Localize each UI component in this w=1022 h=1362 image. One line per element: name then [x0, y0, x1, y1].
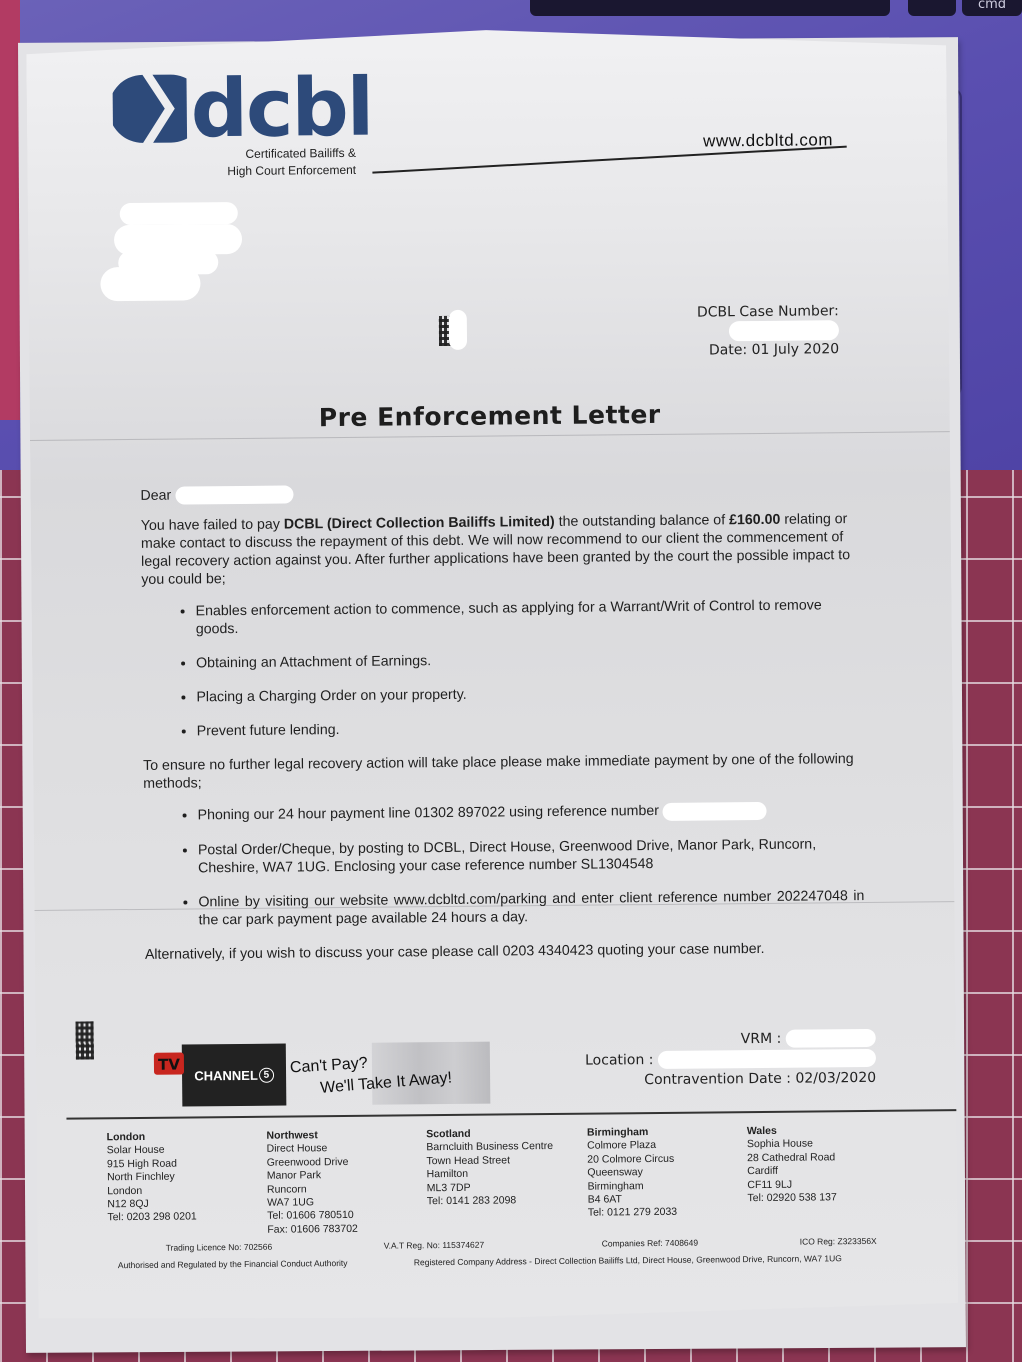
- date-label: Date:: [709, 342, 747, 358]
- vrm-redacted: [786, 1029, 876, 1048]
- case-number-redacted: [729, 320, 839, 341]
- office-fax: Fax: 01606 783702: [267, 1222, 427, 1237]
- intro-text: You have failed to pay: [141, 517, 284, 534]
- case-number-row: DCBL Case Number:: [589, 302, 839, 342]
- payment-method-text: Phoning our 24 hour payment line 01302 8…: [197, 803, 659, 823]
- office-wales: Wales Sophia House 28 Cathedral Road Car…: [747, 1124, 908, 1233]
- trading-licence: Trading Licence No: 702566: [166, 1242, 273, 1253]
- channel5-banner: CHANNEL 5 TV Can't Pay? We'll Take It Aw…: [154, 1042, 495, 1107]
- barcode-datamatrix-footer: [76, 1021, 94, 1059]
- legal-footer: Trading Licence No: 702566 V.A.T Reg. No…: [108, 1236, 908, 1278]
- letter-body: Dear You have failed to pay DCBL (Direct…: [140, 480, 865, 977]
- location-redacted: [658, 1049, 876, 1069]
- company-name: DCBL (Direct Collection Bailiffs Limited…: [284, 514, 555, 533]
- office-phone: Tel: 0141 283 2098: [427, 1194, 588, 1209]
- keyboard-key: [908, 0, 956, 16]
- office-phone: Tel: 0203 298 0201: [107, 1210, 267, 1225]
- payment-method-phone: Phoning our 24 hour payment line 01302 8…: [197, 800, 863, 825]
- alternative-contact: Alternatively, if you wish to discuss yo…: [145, 938, 865, 963]
- keyboard-spacebar: [530, 0, 890, 16]
- tagline-line-2: High Court Enforcement: [227, 162, 356, 180]
- letter-page: dcbl Certificated Bailiffs & High Court …: [26, 19, 959, 1338]
- ico-reg: ICO Reg: Z323356X: [800, 1236, 877, 1247]
- companies-ref: Companies Ref: 7408649: [602, 1238, 698, 1249]
- salutation: Dear: [140, 480, 860, 505]
- impact-item: Prevent future lending.: [197, 716, 863, 740]
- office-northwest: Northwest Direct House Greenwood Drive M…: [266, 1128, 427, 1237]
- fca-statement: Authorised and Regulated by the Financia…: [118, 1258, 348, 1270]
- date-row: Date: 01 July 2020: [589, 340, 839, 360]
- outstanding-balance: £160.00: [729, 512, 780, 528]
- letter-title: Pre Enforcement Letter: [30, 397, 950, 435]
- payment-methods-list: Phoning our 24 hour payment line 01302 8…: [143, 800, 864, 929]
- impact-item: Enables enforcement action to commence, …: [196, 596, 862, 638]
- footer-rule: [66, 1109, 956, 1119]
- tagline-line-1: Certificated Bailiffs &: [227, 145, 356, 163]
- contravention-row: Contravention Date : 02/03/2020: [556, 1068, 876, 1091]
- reference-number-redacted: [663, 801, 767, 820]
- dcbl-logo: dcbl: [112, 71, 372, 145]
- vat-number: V.A.T Reg. No: 115374627: [384, 1240, 485, 1251]
- payment-method-online: Online by visiting our website www.dcblt…: [198, 886, 864, 928]
- keyboard-key-cmd: cmd: [962, 0, 1022, 16]
- impact-item: Placing a Charging Order on your propert…: [196, 682, 862, 706]
- payment-intro: To ensure no further legal recovery acti…: [143, 750, 863, 793]
- location-label: Location :: [585, 1052, 654, 1069]
- recipient-name-redacted: [175, 486, 293, 505]
- channel-number: 5: [259, 1067, 274, 1082]
- intro-text: the outstanding balance of: [555, 513, 729, 531]
- office-addresses: London Solar House 915 High Road North F…: [107, 1124, 908, 1239]
- channel5-logo: CHANNEL 5: [182, 1044, 287, 1107]
- vrm-label: VRM :: [741, 1031, 782, 1047]
- date-value: 01 July 2020: [752, 341, 840, 358]
- payment-method-post: Postal Order/Cheque, by posting to DCBL,…: [198, 834, 864, 876]
- website-link[interactable]: www.dcbltd.com: [703, 130, 833, 151]
- office-phone: Tel: 02920 538 137: [747, 1191, 907, 1206]
- mat-edge: [0, 0, 20, 420]
- tagline: Certificated Bailiffs & High Court Enfor…: [227, 145, 356, 180]
- office-phone: Tel: 0121 279 2033: [588, 1206, 748, 1221]
- case-number-label: DCBL Case Number:: [697, 303, 839, 320]
- as-seen-on-tv-badge: TV: [154, 1053, 184, 1075]
- show-title-line-1: Can't Pay?: [289, 1055, 368, 1078]
- channel-name: CHANNEL: [194, 1067, 258, 1083]
- dcbl-chevron-icon: [112, 72, 187, 145]
- impact-item: Obtaining an Attachment of Earnings.: [196, 648, 862, 672]
- office-birmingham: Birmingham Colmore Plaza 20 Colmore Circ…: [587, 1125, 748, 1234]
- office-london: London Solar House 915 High Road North F…: [107, 1130, 268, 1239]
- barcode-redaction: [449, 310, 467, 350]
- office-scotland: Scotland Barncluith Business Centre Town…: [426, 1127, 588, 1236]
- salutation-text: Dear: [140, 488, 171, 504]
- contravention-date: 02/03/2020: [795, 1070, 876, 1087]
- intro-paragraph: You have failed to pay DCBL (Direct Coll…: [141, 510, 862, 589]
- impact-list: Enables enforcement action to commence, …: [142, 596, 863, 741]
- contravention-label: Contravention Date :: [644, 1071, 791, 1088]
- case-details: DCBL Case Number: Date: 01 July 2020: [589, 302, 840, 360]
- vehicle-details: VRM : Location : Contravention Date : 02…: [556, 1028, 877, 1091]
- brand-wordmark: dcbl: [190, 73, 372, 145]
